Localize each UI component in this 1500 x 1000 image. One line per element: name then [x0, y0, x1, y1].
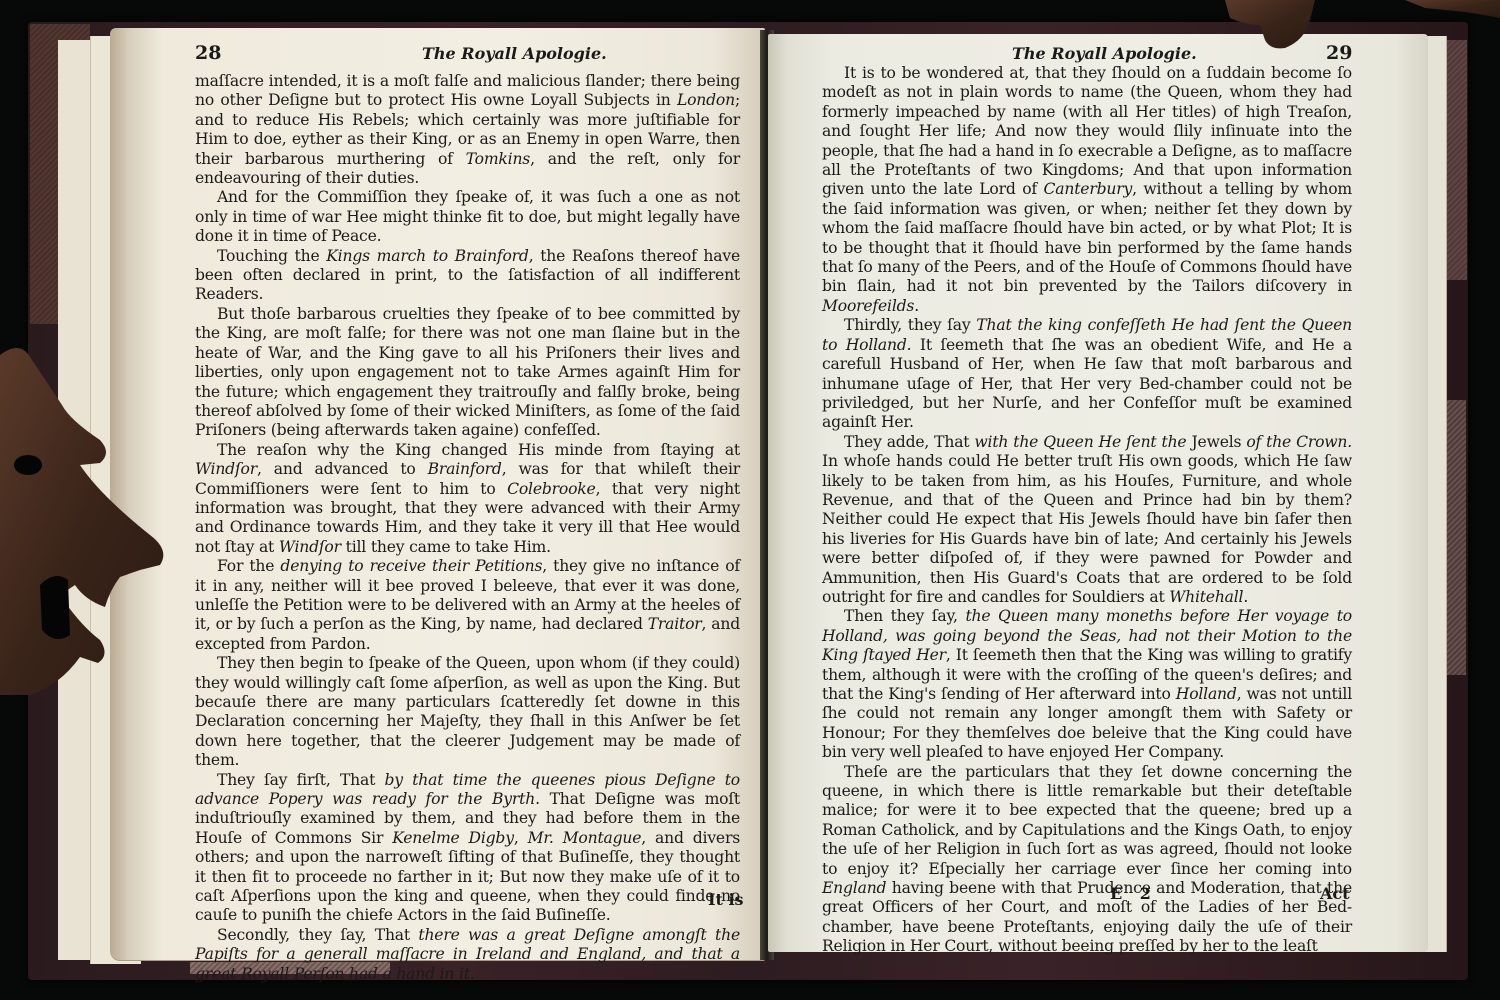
left-paragraph: Touching the Kings march to Brainford, t… [195, 247, 740, 305]
right-paragraph: It is to be wondered at, that they ſhoul… [822, 64, 1352, 316]
left-paragraph: Secondly, they ſay, That there was a gre… [195, 926, 740, 984]
signature-mark: E 2 [1110, 884, 1157, 903]
left-paragraph: They ſay firſt, That by that time the qu… [195, 771, 740, 926]
left-paragraph: maſſacre intended, it is a moſt falſe an… [195, 72, 740, 188]
left-page: 28 The Royall Apologie. maſſacre intende… [110, 28, 765, 961]
right-page: The Royall Apologie. 29 It is to be wond… [768, 34, 1428, 952]
right-paragraph: Thirdly, they ſay That the king confeſſe… [822, 316, 1352, 432]
book-weight-top-icon [1215, 0, 1500, 50]
cover-corner-right-bottom [1446, 400, 1466, 675]
page-number-left: 28 [195, 42, 221, 64]
catchword-right: Act [1320, 884, 1350, 903]
left-paragraph: They then begin to ſpeake of the Queen, … [195, 654, 740, 770]
book-weight-left-icon [0, 345, 170, 695]
running-title-right: The Royall Apologie. [1012, 44, 1197, 63]
right-paragraph: Then they ſay, the Queen many moneths be… [822, 607, 1352, 762]
left-paragraph: For the denying to receive their Petitio… [195, 557, 740, 654]
running-title-left: The Royall Apologie. [422, 44, 607, 63]
catchword-left: It is [708, 890, 744, 909]
left-paragraph: And for the Commiſſion they ſpeake of, i… [195, 188, 740, 246]
left-page-body: maſſacre intended, it is a moſt falſe an… [195, 72, 740, 984]
left-paragraph: But thoſe barbarous cruelties they ſpeak… [195, 305, 740, 441]
right-page-body: It is to be wondered at, that they ſhoul… [822, 64, 1352, 957]
left-paragraph: The reaſon why the King changed His mind… [195, 441, 740, 557]
cover-corner-right-top [1445, 40, 1467, 280]
right-paragraph: Theſe are the particulars that they ſet … [822, 763, 1352, 957]
right-paragraph: They adde, That with the Queen He ſent t… [822, 433, 1352, 608]
